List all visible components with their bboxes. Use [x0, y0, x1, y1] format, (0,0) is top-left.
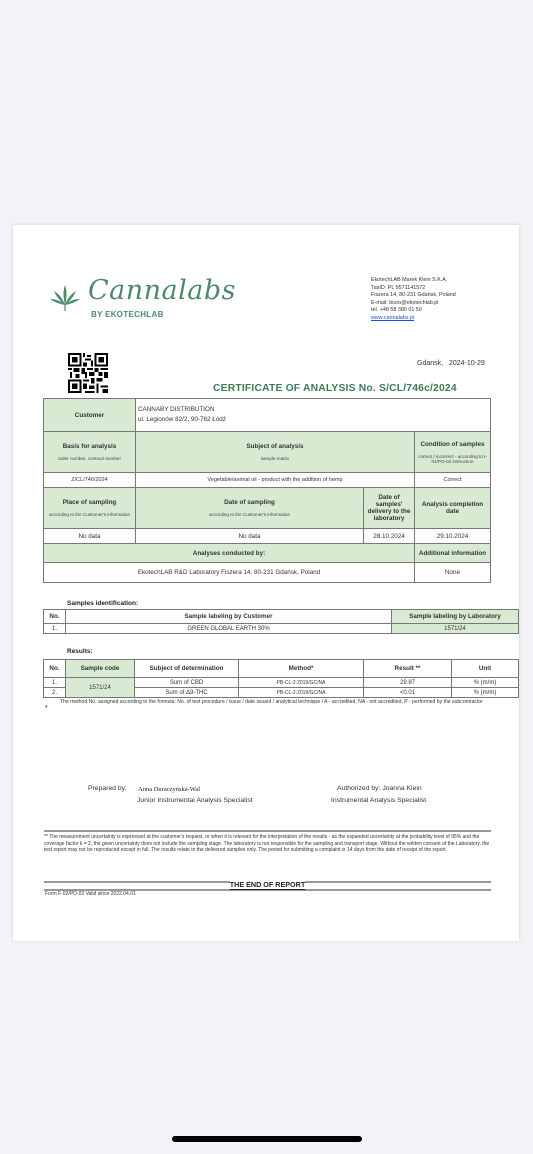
prepared-name: Anna Duraczyńska-Wal — [138, 786, 200, 793]
method-footnote: The method No. assigned according to the… — [60, 699, 500, 706]
col-header: Unit — [452, 660, 519, 678]
subject-value: Vegetable/animal oil - product with the … — [136, 473, 415, 488]
place-value: No data — [44, 529, 136, 544]
table-row: 1. 1571/24 Sum of CBD PB-CL-2:2019/GC/NA… — [44, 678, 519, 688]
conducted-header: Analyses conducted by: — [44, 544, 415, 563]
company-info: EkotechLAB Marek Klein S.K.A. TaxID: PL … — [371, 277, 456, 323]
col-header: Sample code — [66, 660, 135, 678]
table-row: 1. GREEN GLOBAL EARTH 30% 1571/24 — [44, 624, 519, 634]
info-table: Customer CANNABY DISTRIBUTION ul. Legion… — [43, 398, 491, 583]
place-header: Place of sampling according to the Custo… — [44, 488, 136, 529]
subject-header: Subject of analysis sample matrix — [136, 432, 415, 473]
brand-name: Cannalabs — [88, 275, 236, 306]
certificate-page: Cannalabs BY EKOTECHLAB EkotechLAB Marek… — [13, 225, 519, 941]
conducted-value: EkotechLAB R&D Laboratory Fiszera 14, 80… — [44, 563, 415, 583]
additional-header: Additional information — [415, 544, 491, 563]
footnote-mark: * — [45, 705, 48, 712]
basis-header: Basis for analysis order number, contrac… — [44, 432, 136, 473]
brand-subtitle: BY EKOTECHLAB — [91, 310, 164, 319]
col-header: No. — [44, 660, 66, 678]
company-line: EkotechLAB Marek Klein S.K.A. — [371, 277, 456, 285]
delivery-value: 28.10.2024 — [364, 529, 415, 544]
form-line: Form F-02/PO-03 Valid since 2022.04.01 — [45, 891, 136, 897]
place: Gdansk, — [417, 360, 443, 367]
delivery-header: Date of samples' delivery to the laborat… — [364, 488, 415, 529]
company-line: TaxID: PL 9571141572 — [371, 285, 456, 293]
date-header: Date of sampling according to the Custom… — [136, 488, 364, 529]
website-link[interactable]: www.cannalabs.pl — [371, 315, 414, 321]
basis-value: Z/CL/746/2024 — [44, 473, 136, 488]
additional-value: None — [415, 563, 491, 583]
prepared-title: Junior Instrumental Analysis Specialist — [137, 797, 253, 804]
authorized-label: Authorized by: Joanna Klein — [337, 785, 422, 792]
condition-header: Condition of samples correct / incorrect… — [415, 432, 491, 473]
col-header: Sample labeling by Laboratory — [392, 610, 519, 624]
end-of-report: THE END OF REPORT — [44, 881, 491, 891]
samples-heading: Samples identification: — [67, 600, 138, 607]
col-header: No. — [44, 610, 66, 624]
results-heading: Results: — [67, 648, 93, 655]
col-header: Subject of determination — [135, 660, 239, 678]
condition-value: Correct — [415, 473, 491, 488]
prepared-label: Prepared by: — [88, 785, 127, 792]
completion-header: Analysis completion date — [415, 488, 491, 529]
cannalabs-logo: Cannalabs BY EKOTECHLAB — [48, 275, 178, 325]
company-line: tel. +48 58 380 01 50 — [371, 307, 456, 315]
completion-value: 29.10.2024 — [415, 529, 491, 544]
home-indicator[interactable] — [172, 1136, 362, 1142]
customer-label: Customer — [44, 399, 136, 432]
col-header: Result ** — [364, 660, 452, 678]
results-table: No. Sample code Subject of determination… — [43, 659, 519, 698]
date-value: No data — [136, 529, 364, 544]
samples-table: No. Sample labeling by Customer Sample l… — [43, 609, 519, 634]
cannabis-leaf-icon — [48, 283, 82, 313]
qr-code-icon — [68, 353, 108, 393]
sample-code: 1571/24 — [66, 678, 135, 698]
place-date: Gdansk, 2024-10-29 — [417, 360, 485, 367]
authorized-title: Instrumental Analysis Specialist — [331, 797, 426, 804]
issue-date: 2024-10-29 — [449, 360, 485, 367]
certificate-title: CERTIFICATE OF ANALYSIS No. S/CL/746c/20… — [213, 383, 457, 394]
customer-name: CANNABY DISTRIBUTION — [138, 405, 488, 415]
col-header: Sample labeling by Customer — [66, 610, 392, 624]
col-header: Method* — [239, 660, 364, 678]
customer-address: ul. Legionów 82/2, 90-762 Łódź — [138, 415, 488, 425]
disclaimer: ** The measurement uncertainty is expres… — [44, 830, 491, 854]
company-line: Fiszera 14, 80-231 Gdańsk, Poland — [371, 292, 456, 300]
customer-value: CANNABY DISTRIBUTION ul. Legionów 82/2, … — [136, 399, 491, 432]
company-line: E-mail: biuro@ekotechlab.pl — [371, 300, 456, 308]
